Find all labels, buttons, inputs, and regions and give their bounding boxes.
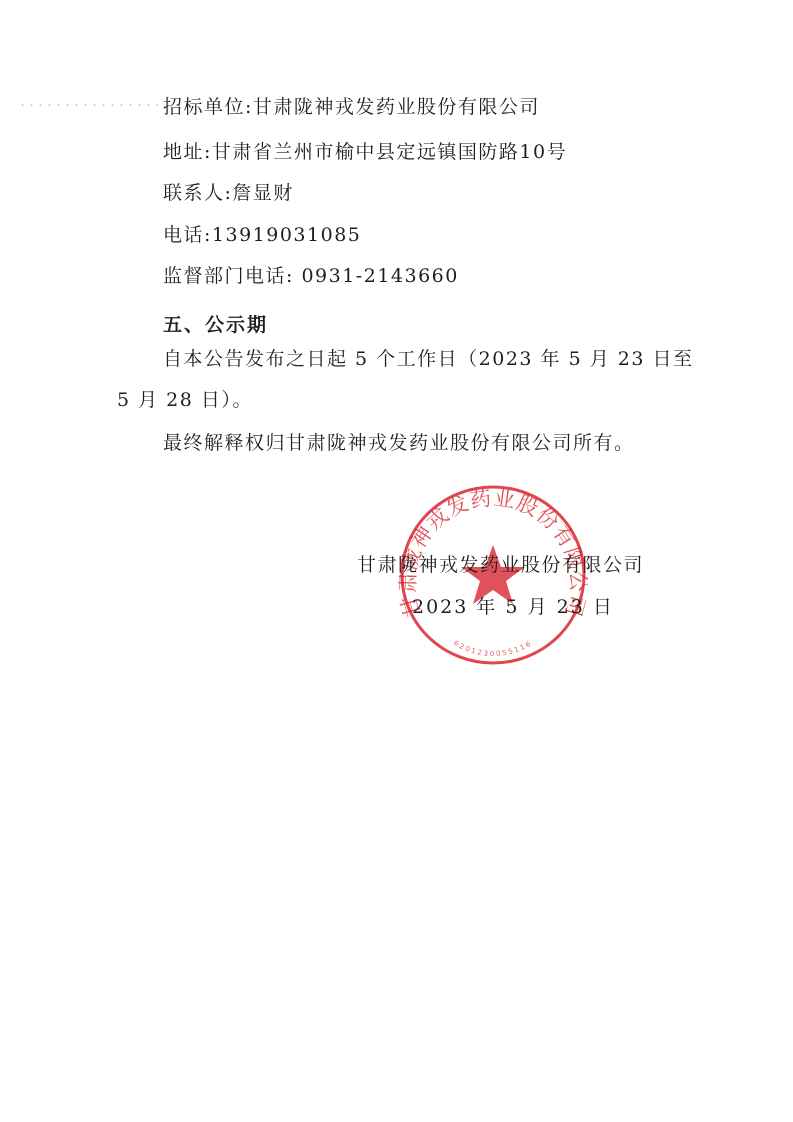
supervision-phone-value: 0931-2143660 <box>301 265 458 287</box>
phone-value: 13919031085 <box>212 224 361 246</box>
tenderer-value: 甘肃陇神戎发药业股份有限公司 <box>253 96 540 118</box>
supervision-phone-line: 监督部门电话: 0931-2143660 <box>163 264 459 288</box>
contact-person-value: 詹显财 <box>232 182 294 204</box>
scan-dots <box>18 104 158 106</box>
phone-line: 电话:13919031085 <box>163 223 361 247</box>
tenderer-label: 招标单位: <box>163 96 253 118</box>
address-line: 地址:甘肃省兰州市榆中县定远镇国防路10号 <box>163 140 567 164</box>
signature-date: 2023 年 5 月 23 日 <box>412 595 614 619</box>
address-label: 地址: <box>163 141 212 163</box>
supervision-phone-label: 监督部门电话: <box>163 265 294 287</box>
final-note: 最终解释权归甘肃陇神戎发药业股份有限公司所有。 <box>163 431 635 455</box>
phone-label: 电话: <box>163 224 212 246</box>
signature-company: 甘肃陇神戎发药业股份有限公司 <box>357 553 644 577</box>
tenderer-line: 招标单位:甘肃陇神戎发药业股份有限公司 <box>163 95 540 119</box>
svg-text:6201230055116: 6201230055116 <box>452 639 534 658</box>
contact-person-label: 联系人: <box>163 182 232 204</box>
period-line-1: 自本公告发布之日起 5 个工作日（2023 年 5 月 23 日至 <box>163 347 694 371</box>
section-heading: 五、公示期 <box>163 313 268 337</box>
period-line-2: 5 月 28 日）。 <box>117 388 253 412</box>
contact-person-line: 联系人:詹显财 <box>163 181 294 205</box>
address-value: 甘肃省兰州市榆中县定远镇国防路10号 <box>212 141 567 163</box>
